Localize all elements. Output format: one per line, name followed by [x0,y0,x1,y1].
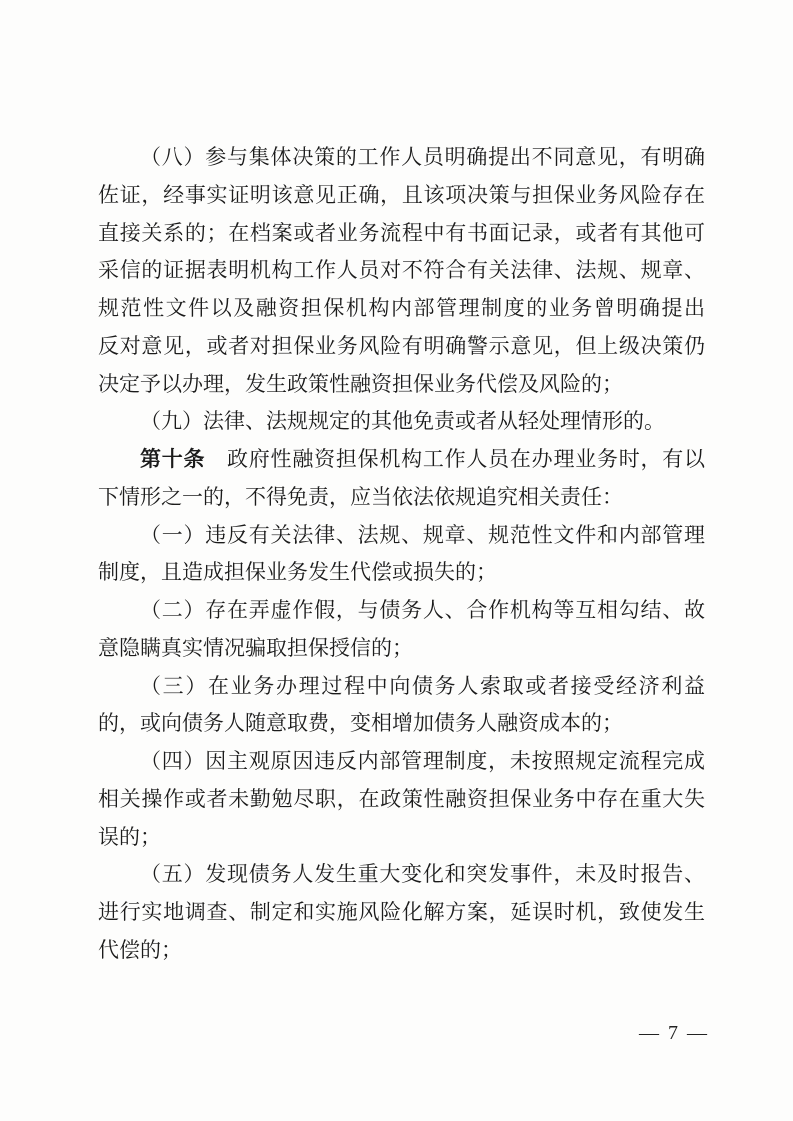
text-line: 反对意见，或者对担保业务风险有明确警示意见，但上级决策仍 [98,328,705,366]
text-line: （四）因主观原因违反内部管理制度，未按照规定流程完成 [98,743,705,781]
text-line: 相关操作或者未勤勉尽职，在政策性融资担保业务中存在重大失 [98,781,705,819]
text-line: （八）参与集体决策的工作人员明确提出不同意见，有明确 [98,139,705,177]
text-line: 下情形之一的，不得免责，应当依法依规追究相关责任： [98,479,705,517]
text-line: （一）违反有关法律、法规、规章、规范性文件和内部管理 [98,517,705,555]
text-line: 直接关系的；在档案或者业务流程中有书面记录，或者有其他可 [98,215,705,253]
text-line: 规范性文件以及融资担保机构内部管理制度的业务曾明确提出 [98,290,705,328]
text-line: 采信的证据表明机构工作人员对不符合有关法律、法规、规章、 [98,252,705,290]
text-line: （九）法律、法规规定的其他免责或者从轻处理情形的。 [98,403,705,441]
text-line: 意隐瞒真实情况骗取担保授信的； [98,630,705,668]
text-line: （二）存在弄虚作假，与债务人、合作机构等互相勾结、故 [98,592,705,630]
text-line: 的，或向债务人随意取费，变相增加债务人融资成本的； [98,705,705,743]
document-page: （八）参与集体决策的工作人员明确提出不同意见，有明确佐证，经事实证明该意见正确，… [0,0,793,1121]
page-number: — 7 — [639,1022,709,1045]
text-line: （五）发现债务人发生重大变化和突发事件，未及时报告、 [98,856,705,894]
text-line: 决定予以办理，发生政策性融资担保业务代偿及风险的； [98,366,705,404]
text-line: 第十条 政府性融资担保机构工作人员在办理业务时，有以 [98,441,705,479]
text-line: 误的； [98,819,705,857]
text-line: 进行实地调查、制定和实施风险化解方案，延误时机，致使发生 [98,894,705,932]
document-body: （八）参与集体决策的工作人员明确提出不同意见，有明确佐证，经事实证明该意见正确，… [98,139,705,970]
text-line: 制度，且造成担保业务发生代偿或损失的； [98,554,705,592]
text-line: 代偿的； [98,932,705,970]
text-line: （三）在业务办理过程中向债务人索取或者接受经济利益 [98,668,705,706]
article-heading: 第十条 [140,447,205,471]
text-line: 佐证，经事实证明该意见正确，且该项决策与担保业务风险存在 [98,177,705,215]
line-text: 政府性融资担保机构工作人员在办理业务时，有以 [205,447,705,471]
